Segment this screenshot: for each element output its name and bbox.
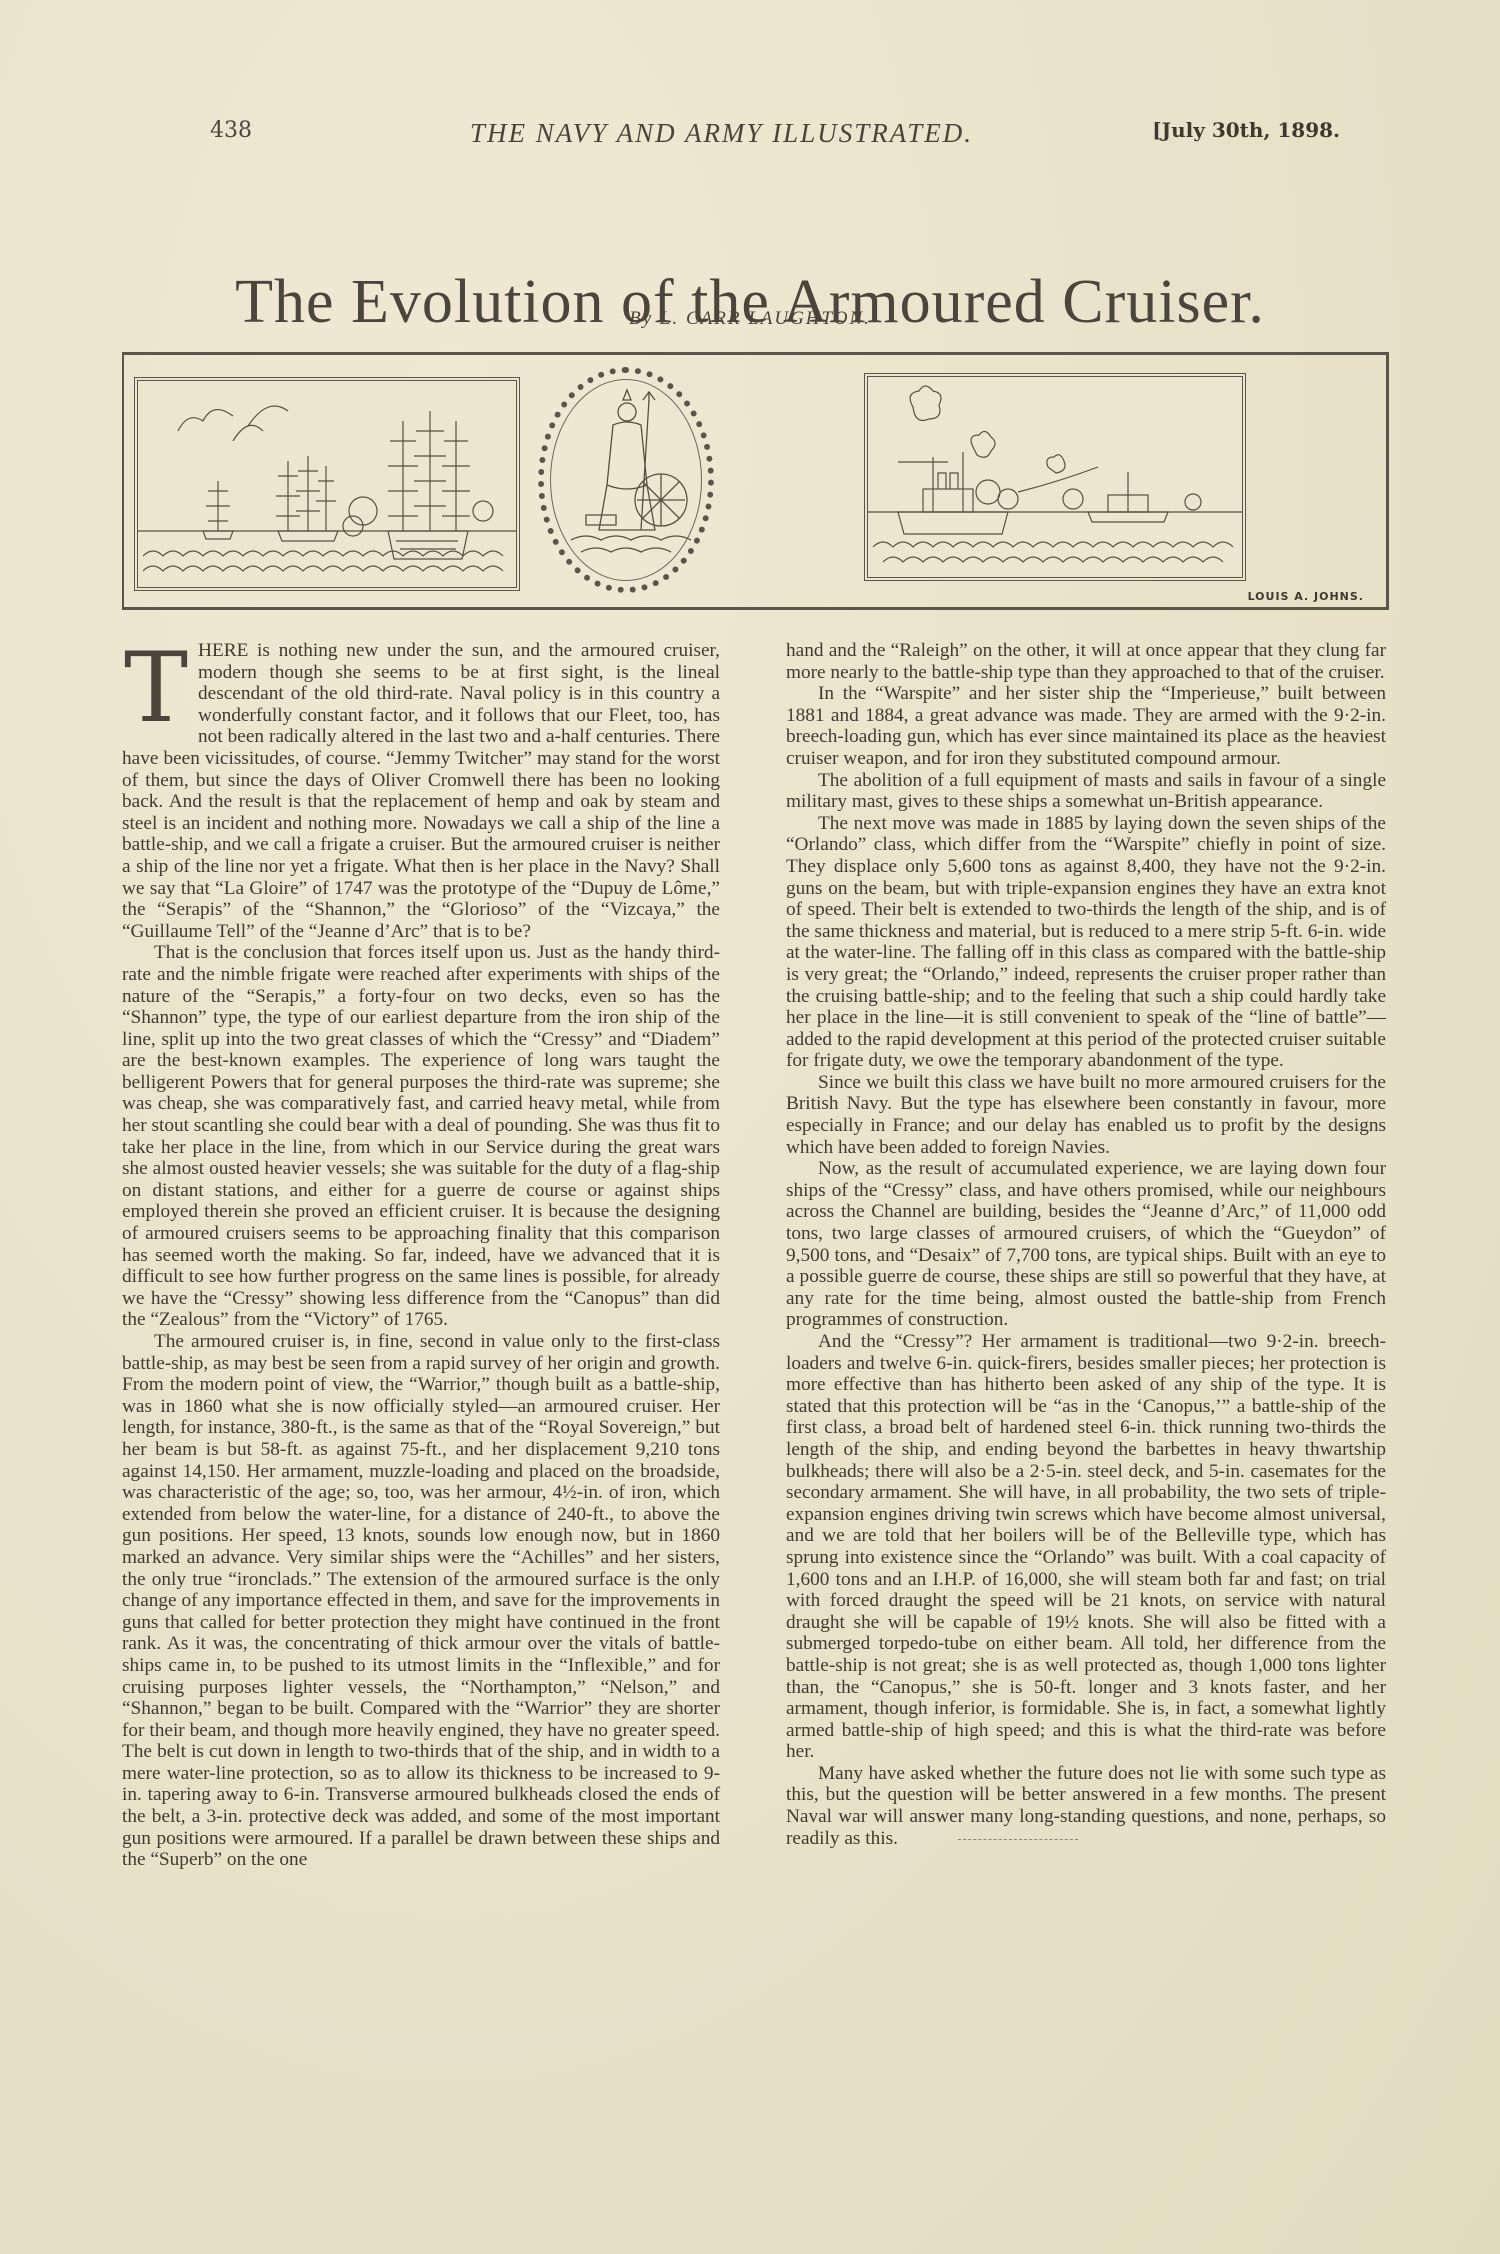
illustration-plate: LOUIS A. JOHNS. (122, 352, 1389, 610)
article-column-right: hand and the “Raleigh” on the other, it … (786, 640, 1386, 1849)
page-number: 438 (210, 118, 252, 143)
byline: By L. CARR LAUGHTON. (0, 308, 1500, 330)
paragraph: Since we built this class we have built … (786, 1072, 1386, 1158)
paragraph: In the “Warspite” and her sister ship th… (786, 683, 1386, 769)
paragraph: And the “Cressy”? Her armament is tradit… (786, 1331, 1386, 1763)
masthead: THE NAVY AND ARMY ILLUSTRATED. (470, 118, 973, 149)
steam-cruisers-illustration (864, 373, 1246, 581)
artist-signature: LOUIS A. JOHNS. (1248, 590, 1364, 603)
issue-date: [July 30th, 1898. (1152, 118, 1340, 142)
britannia-icon (551, 380, 703, 582)
sailing-ships-icon (138, 381, 516, 587)
paragraph: The abolition of a full equipment of mas… (786, 770, 1386, 813)
drop-cap: T (124, 648, 188, 728)
paragraph: Now, as the result of accumulated experi… (786, 1158, 1386, 1331)
sailing-warships-illustration (134, 377, 520, 591)
paragraph: hand and the “Raleigh” on the other, it … (786, 640, 1386, 683)
steam-ships-icon (868, 377, 1242, 577)
end-rule (958, 1839, 1078, 1840)
britannia-medallion (538, 367, 714, 593)
running-header: 438 THE NAVY AND ARMY ILLUSTRATED. [July… (200, 118, 1350, 158)
paragraph: That is the conclusion that forces itsel… (122, 942, 720, 1331)
paragraph: THERE is nothing new under the sun, and … (122, 640, 720, 942)
article-column-left: THERE is nothing new under the sun, and … (122, 640, 720, 1871)
paragraph: The armoured cruiser is, in fine, second… (122, 1331, 720, 1871)
paragraph: The next move was made in 1885 by laying… (786, 813, 1386, 1072)
paragraph: Many have asked whether the future does … (786, 1763, 1386, 1849)
